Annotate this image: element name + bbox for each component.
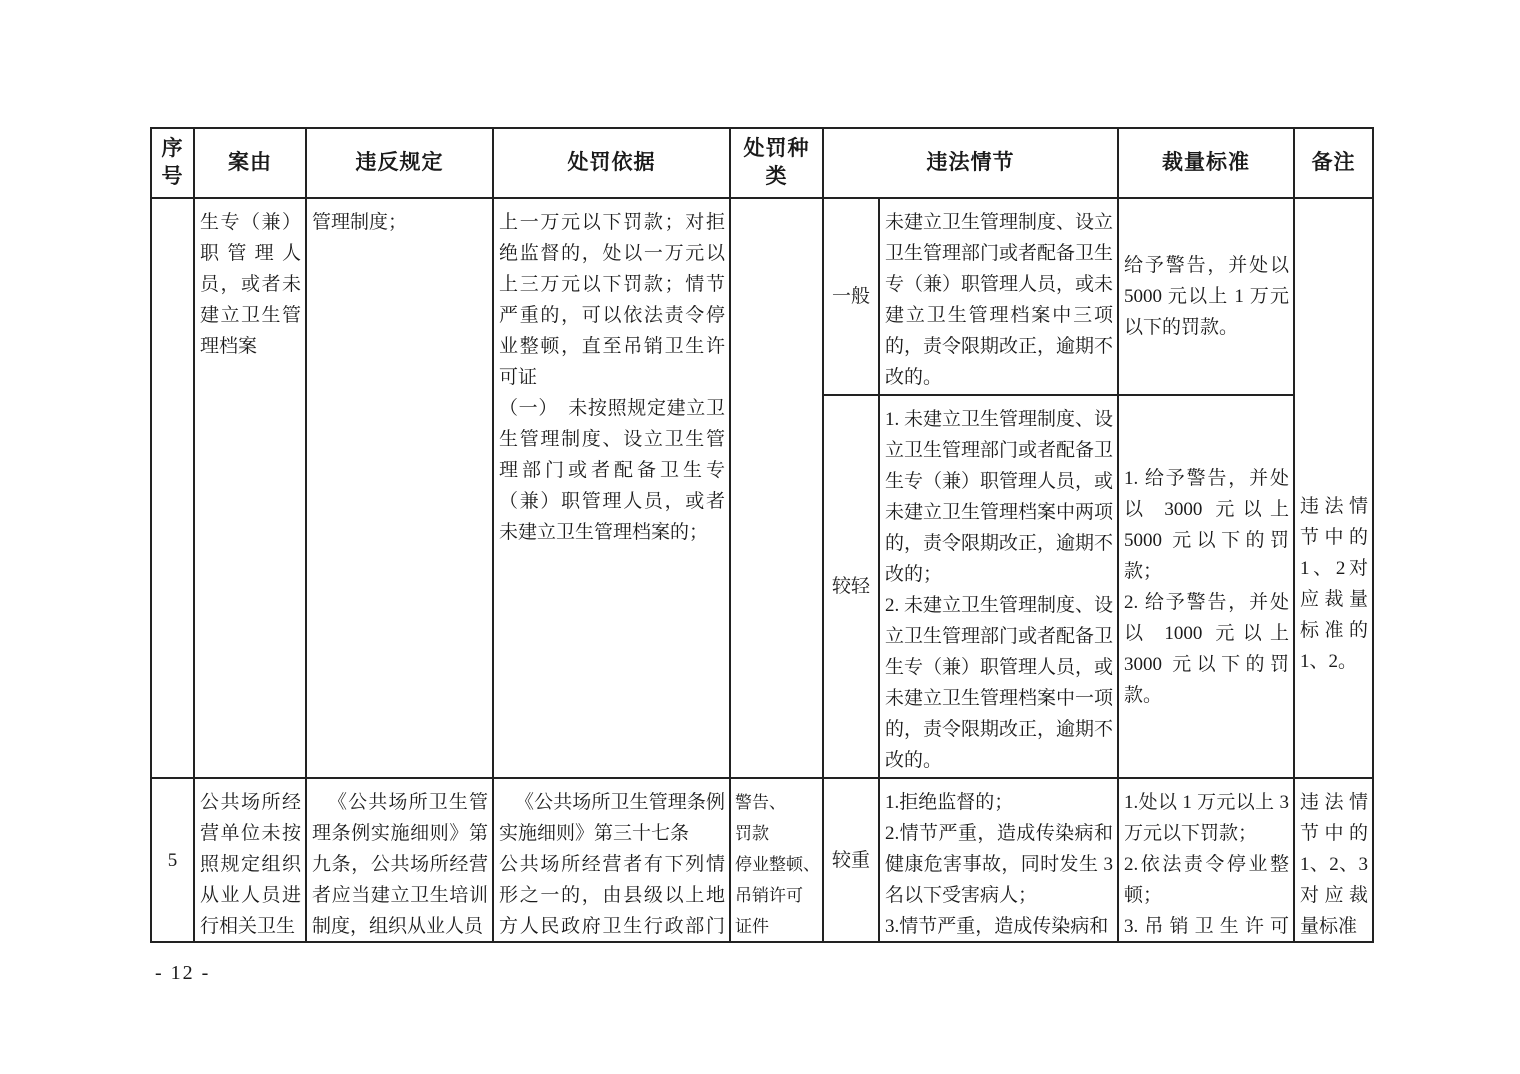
header-violated: 违反规定 — [307, 129, 494, 199]
penalty-discretion-table: 序号 案由 违反规定 处罚依据 处罚种类 违法情节 裁量标准 备注 生专（兼）职… — [150, 127, 1374, 943]
row2-penalty-type-cell: 警告、 罚款 停业整顿、 吊销许可 证件 — [731, 779, 824, 943]
header-standard: 裁量标准 — [1119, 129, 1295, 199]
row1-no-cell — [152, 199, 195, 779]
row2-circumstance-cell: 1.拒绝监督的； 2.情节严重，造成传染病和健康危害事故，同时发生 3 名以下受… — [880, 779, 1119, 943]
row2-standard-cell: 1.处以 1 万元以上 3 万元以下罚款； 2.依法责令停业整顿； 3.吊销卫生… — [1119, 779, 1295, 943]
row1-sub2-severity-label: 较轻 — [824, 396, 880, 779]
row1-sub1-severity-label: 一般 — [824, 199, 880, 396]
page-number: - 12 - — [155, 962, 210, 985]
header-cause: 案由 — [195, 129, 307, 199]
row2-cause-cell: 公共场所经营单位未按照规定组织从业人员进行相关卫生 — [195, 779, 307, 943]
row1-sub2-circumstance-cell: 1. 未建立卫生管理制度、设立卫生管理部门或者配备卫生专（兼）职管理人员，或未建… — [880, 396, 1119, 779]
row1-cause-cell: 生专（兼）职管理人员，或者未建立卫生管理档案 — [195, 199, 307, 779]
header-remark: 备注 — [1295, 129, 1374, 199]
row1-basis-cell: 上一万元以下罚款；对拒绝监督的，处以一万元以上三万元以下罚款；情节严重的，可以依… — [494, 199, 731, 779]
header-no: 序号 — [152, 129, 195, 199]
row1-sub2-standard-text: 1. 给予警告，并处以 3000 元以上 5000 元以下的罚款； 2. 给予警… — [1124, 463, 1289, 711]
row2-no-cell: 5 — [152, 779, 195, 943]
row2-remark-cell: 违法情节中的1、2、3对应裁量标准 — [1295, 779, 1374, 943]
row1-violated-cell: 管理制度； — [307, 199, 494, 779]
row1-penalty-type-cell — [731, 199, 824, 779]
row2-basis-cell: 《公共场所卫生管理条例实施细则》第三十七条 公共场所经营者有下列情形之一的，由县… — [494, 779, 731, 943]
header-circumstances: 违法情节 — [824, 129, 1119, 199]
row1-sub1-circumstance-cell: 未建立卫生管理制度、设立卫生管理部门或者配备卫生专（兼）职管理人员，或未建立卫生… — [880, 199, 1119, 396]
row1-sub1-standard-text: 给予警告，并处以 5000 元以上 1 万元以下的罚款。 — [1124, 250, 1289, 343]
row1-sub2-standard-cell: 1. 给予警告，并处以 3000 元以上 5000 元以下的罚款； 2. 给予警… — [1119, 396, 1295, 779]
header-penalty-type: 处罚种类 — [731, 129, 824, 199]
row2-severity-label: 较重 — [824, 779, 880, 943]
row2-violated-cell: 《公共场所卫生管理条例实施细则》第九条，公共场所经营者应当建立卫生培训制度，组织… — [307, 779, 494, 943]
row1-sub1-standard-cell: 给予警告，并处以 5000 元以上 1 万元以下的罚款。 — [1119, 199, 1295, 396]
row1-remark-cell: 违法情节中的1、2对应裁量标准的1、2。 — [1295, 199, 1374, 779]
header-basis: 处罚依据 — [494, 129, 731, 199]
